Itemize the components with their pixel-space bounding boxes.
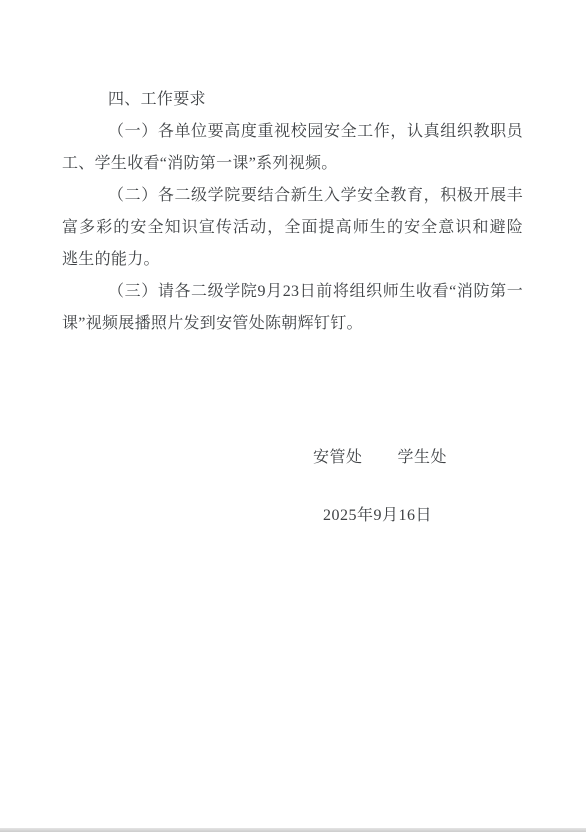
paragraph: （一）各单位要高度重视校园安全工作，认真组织教职员 工、学生收看“消防第一课”系… bbox=[62, 116, 523, 180]
paragraph-line: 逃生的能力。 bbox=[62, 244, 523, 276]
document-page: 四、工作要求 （一）各单位要高度重视校园安全工作，认真组织教职员 工、学生收看“… bbox=[0, 0, 586, 832]
paragraph: （三）请各二级学院9月23日前将组织师生收看“消防第一 课”视频展播照片发到安管… bbox=[62, 276, 523, 340]
signature-department-right: 学生处 bbox=[398, 449, 448, 466]
document-date: 2025年9月16日 bbox=[323, 500, 432, 532]
paragraph-line: （三）请各二级学院9月23日前将组织师生收看“消防第一 bbox=[62, 276, 523, 308]
section-heading: 四、工作要求 bbox=[62, 84, 523, 116]
paragraph: （二）各二级学院要结合新生入学安全教育，积极开展丰 富多彩的安全知识宣传活动，全… bbox=[62, 180, 523, 276]
paragraph-line: （二）各二级学院要结合新生入学安全教育，积极开展丰 bbox=[62, 180, 523, 212]
signature-row: 安管处学生处 bbox=[313, 442, 447, 474]
paragraph-line: 课”视频展播照片发到安管处陈朝辉钉钉。 bbox=[62, 308, 523, 340]
signature-department-left: 安管处 bbox=[313, 449, 363, 466]
paragraph-line: 工、学生收看“消防第一课”系列视频。 bbox=[62, 148, 523, 180]
document-body: 四、工作要求 （一）各单位要高度重视校园安全工作，认真组织教职员 工、学生收看“… bbox=[62, 84, 523, 340]
page-bottom-edge bbox=[0, 828, 586, 832]
paragraph-line: 富多彩的安全知识宣传活动，全面提高师生的安全意识和避险 bbox=[62, 212, 523, 244]
paragraph-line: （一）各单位要高度重视校园安全工作，认真组织教职员 bbox=[62, 116, 523, 148]
